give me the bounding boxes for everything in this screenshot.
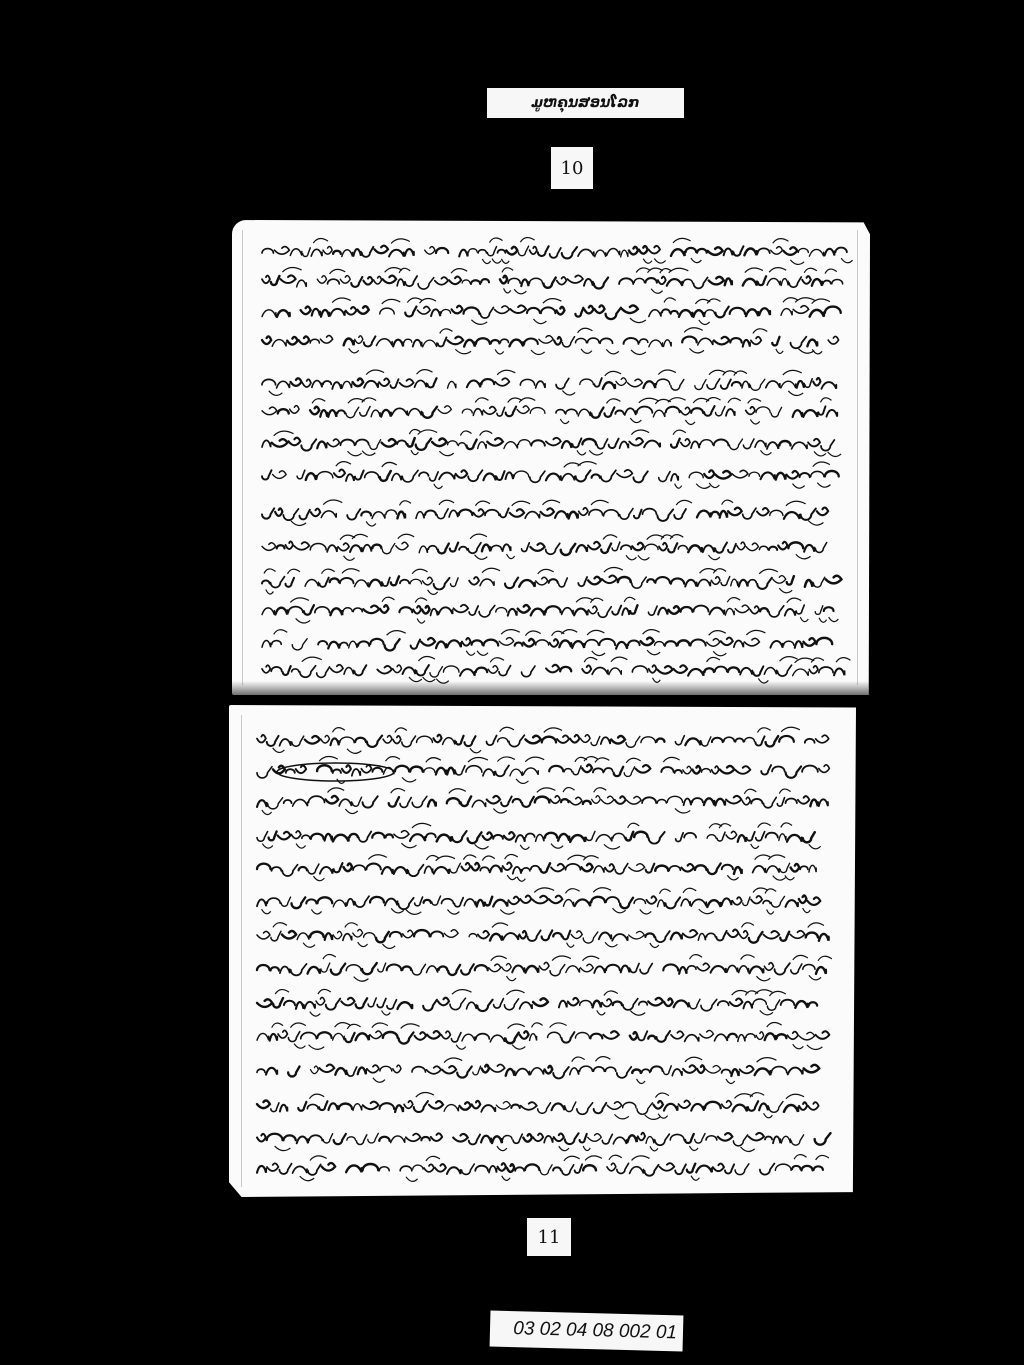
script-line [257,989,817,1016]
script-line [257,823,821,849]
script-line [257,1057,819,1084]
script-line [262,430,841,457]
collection-title-text: ມູຫຄຸນສອນໂລກ [531,95,639,111]
script-line [262,298,841,325]
manuscript-leaf-upper [232,220,870,695]
script-line [262,656,850,683]
script-line [257,788,828,815]
script-line [262,630,832,656]
page-number-top-text: 10 [561,158,584,179]
handwritten-script-lines [232,220,870,695]
page-number-label-top: 10 [551,147,593,189]
script-line [257,854,816,881]
script-line [257,923,829,949]
script-line [262,568,841,595]
script-line [257,1023,829,1050]
script-line [257,954,832,981]
script-line [262,370,836,396]
script-line [257,727,829,753]
leaf-fold-shadow [232,681,870,695]
script-line [262,328,839,355]
manuscript-leaf-lower [229,705,856,1197]
archive-id-text: 03 02 04 08 002 01 [513,1318,677,1344]
script-line [257,888,820,915]
script-line [257,1092,819,1119]
script-line [257,757,829,784]
script-line [262,500,828,526]
script-line [262,238,853,265]
script-line [262,597,838,623]
page-number-bottom-text: 11 [538,1227,561,1248]
archive-id-label: 03 02 04 08 002 01 [490,1310,684,1351]
page-number-label-bottom: 11 [527,1218,571,1256]
collection-title-label: ມູຫຄຸນສອນໂລກ [487,88,684,118]
script-line [262,398,837,425]
script-line [262,534,827,560]
script-line [262,462,839,489]
handwritten-script-lines [229,705,856,1197]
script-line [257,1133,830,1152]
script-line [262,267,843,293]
script-line [257,1155,829,1182]
